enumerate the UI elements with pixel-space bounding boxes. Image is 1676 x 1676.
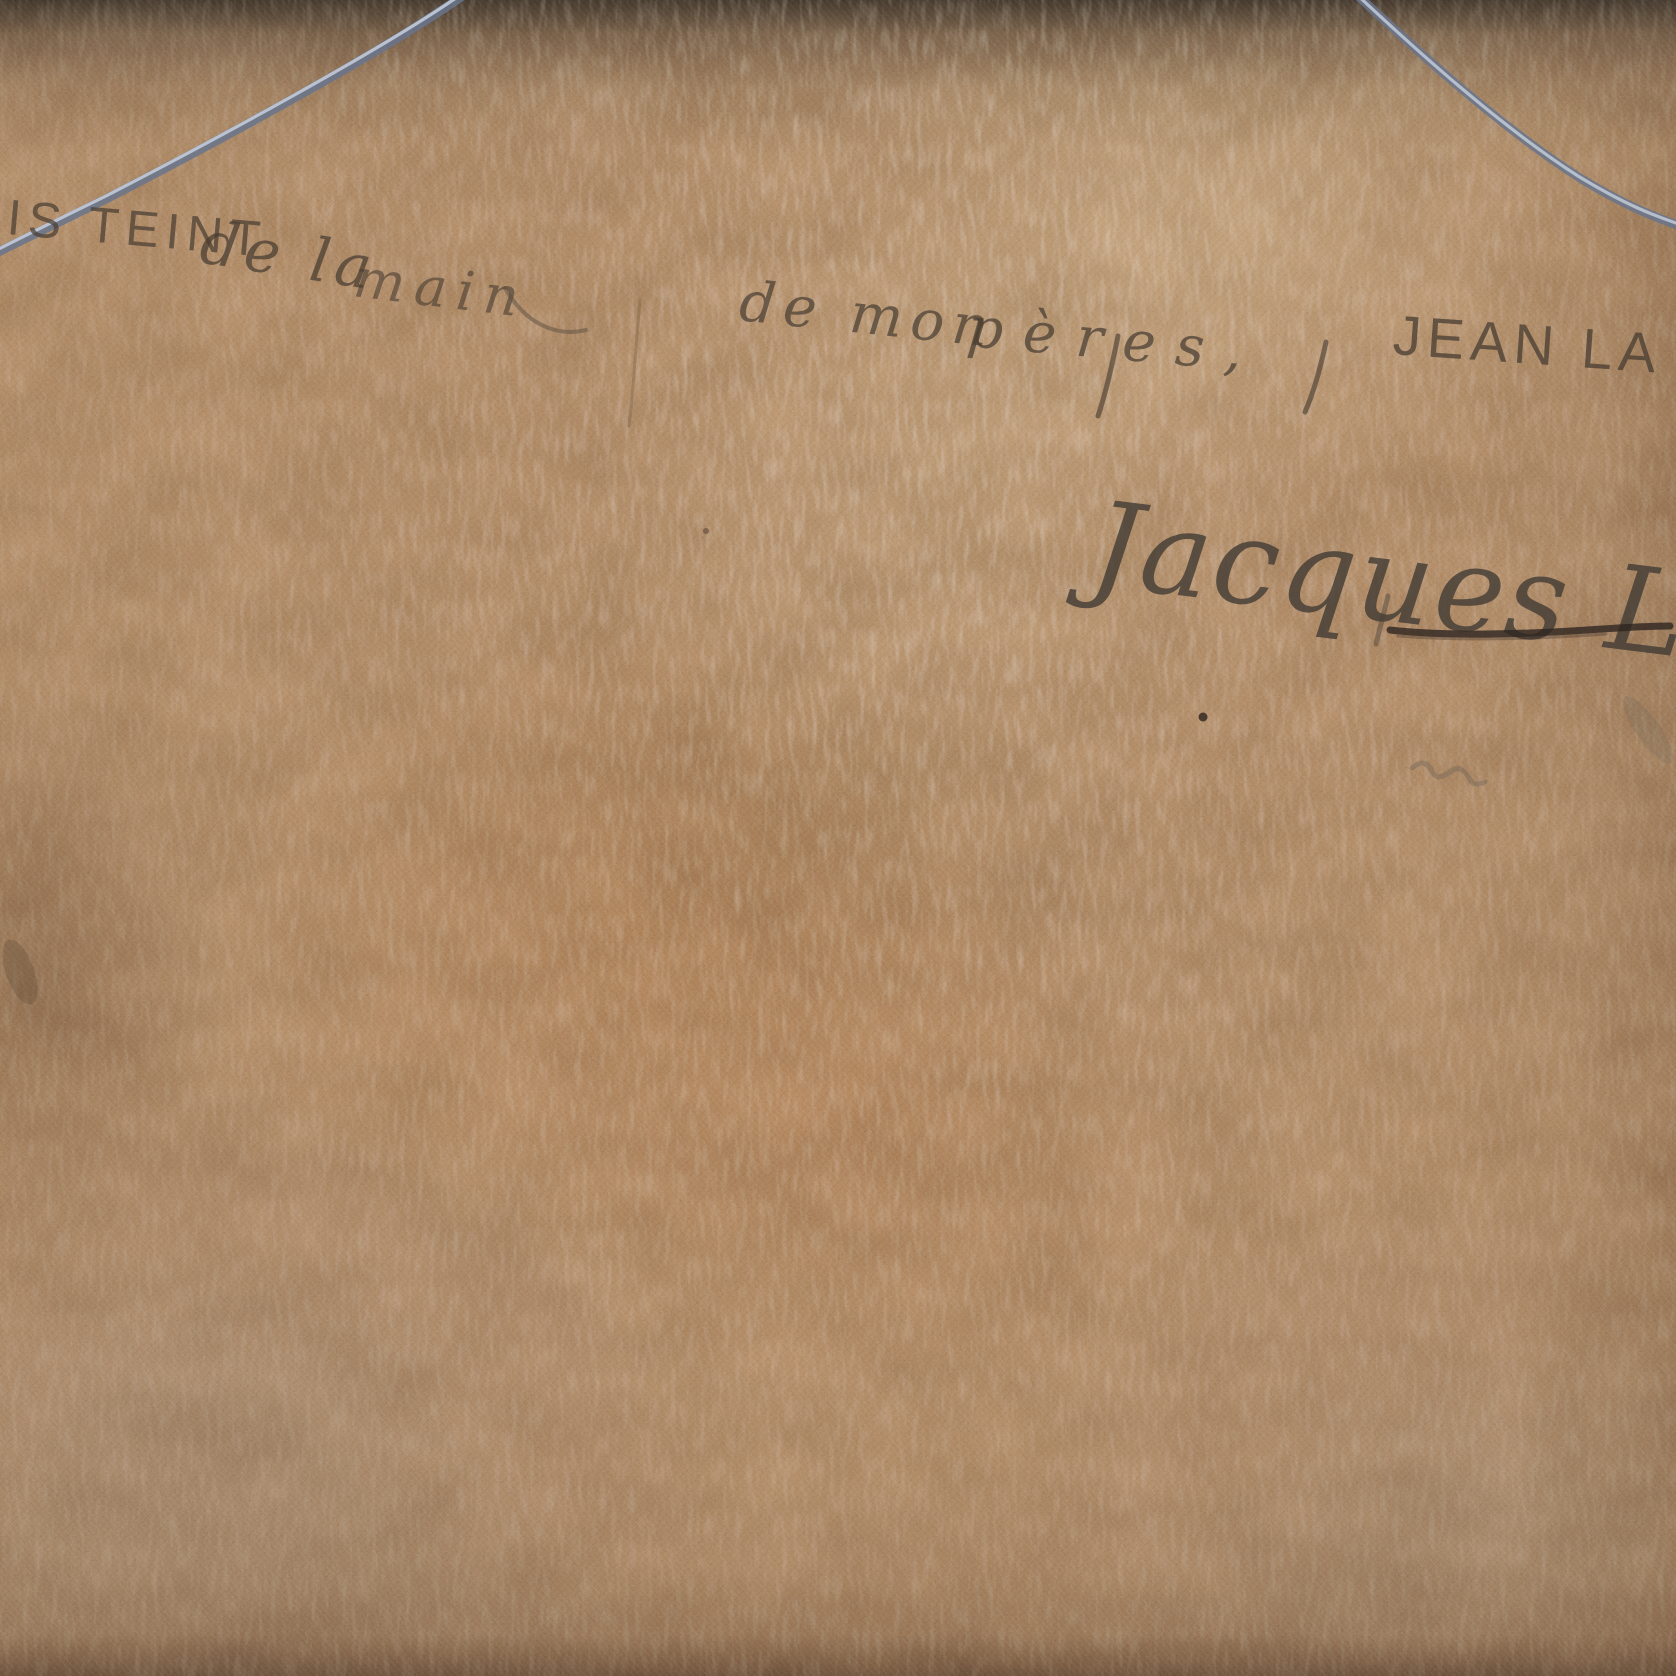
pencil-inscription: IS TEINT de la main de mon pères, JEAN L… xyxy=(5,189,1664,426)
inscription-word-6: JEAN LA xyxy=(1391,303,1664,385)
artist-signature: Jacques L xyxy=(1065,472,1676,684)
left-edge-smudge xyxy=(0,935,45,1008)
small-fleck xyxy=(703,528,709,534)
canvas-back-photo: IS TEINT de la main de mon pères, JEAN L… xyxy=(0,0,1676,1676)
artist-signature-group: Jacques L xyxy=(1065,472,1676,684)
inscription-comma-descender-2 xyxy=(1305,342,1326,412)
inscription-smudge-descender xyxy=(629,300,640,426)
faint-scribble xyxy=(1411,758,1486,788)
wire-right-core xyxy=(1354,0,1676,228)
right-edge-smudge xyxy=(1615,690,1676,769)
inscription-word-4: de mon xyxy=(737,269,1000,361)
photo-content: IS TEINT de la main de mon pères, JEAN L… xyxy=(0,0,1676,1676)
pencil-dot xyxy=(1199,713,1208,722)
hanging-wire-right xyxy=(1353,0,1676,228)
wire-right-highlight xyxy=(1353,0,1676,226)
